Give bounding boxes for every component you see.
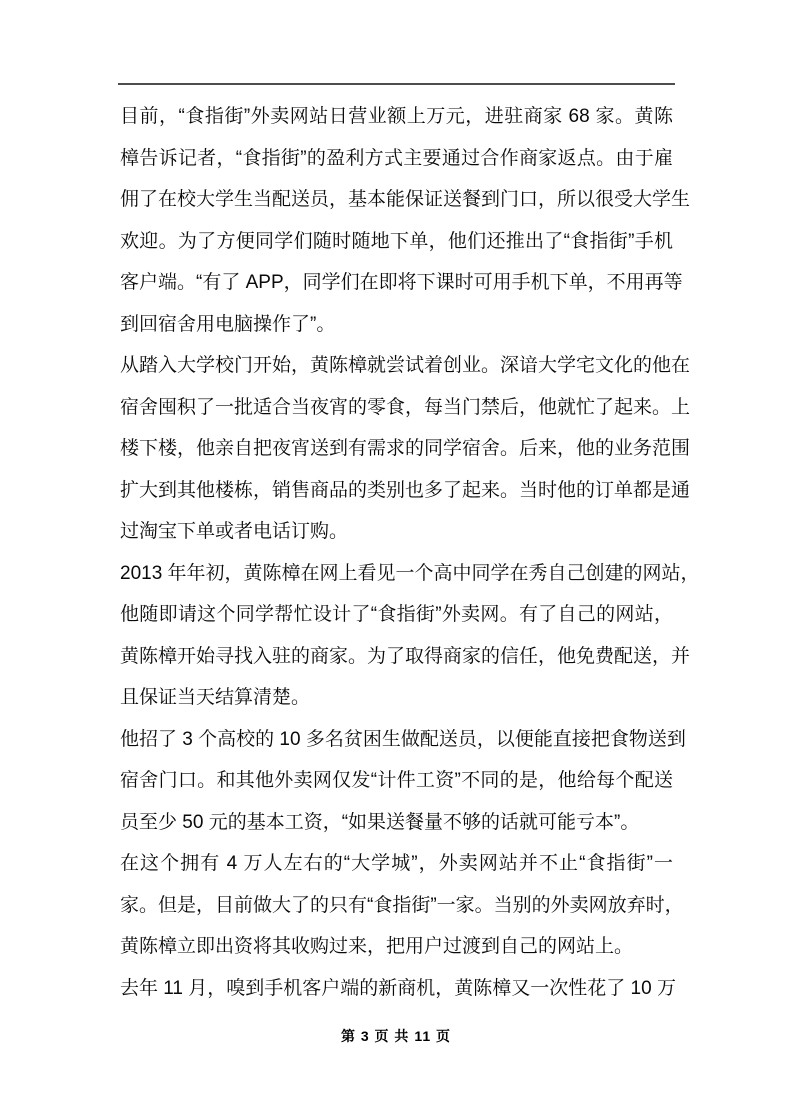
paragraph: 他招了 3 个高校的 10 多名贫困生做配送员，以便能直接把食物送到宿舍门口。和… <box>120 719 673 844</box>
text-line: 扩大到其他楼栋，销售商品的类别也多了起来。当时他的订单都是通 <box>120 470 673 512</box>
text-line: 宿舍门口。和其他外卖网仅发“计件工资”不同的是，他给每个配送 <box>120 760 673 802</box>
text-line: 他招了 3 个高校的 10 多名贫困生做配送员，以便能直接把食物送到 <box>120 719 673 761</box>
text-line: 宿舍囤积了一批适合当夜宵的零食，每当门禁后，他就忙了起来。上 <box>120 387 673 429</box>
paragraph: 2013 年年初，黄陈樟在网上看见一个高中同学在秀自己创建的网站，他随即请这个同… <box>120 553 673 719</box>
paragraph: 从踏入大学校门开始，黄陈樟就尝试着创业。深谙大学宅文化的他在宿舍囤积了一批适合当… <box>120 345 673 553</box>
text-line: 且保证当天结算清楚。 <box>120 677 673 719</box>
header-rule <box>118 83 675 85</box>
paragraph: 目前，“食指街”外卖网站日营业额上万元，进驻商家 68 家。黄陈樟告诉记者，“食… <box>120 96 673 345</box>
document-page: 目前，“食指街”外卖网站日营业额上万元，进驻商家 68 家。黄陈樟告诉记者，“食… <box>0 0 792 1120</box>
text-line: 他随即请这个同学帮忙设计了“食指街”外卖网。有了自己的网站， <box>120 594 673 636</box>
text-line: 过淘宝下单或者电话订购。 <box>120 511 673 553</box>
document-body: 目前，“食指街”外卖网站日营业额上万元，进驻商家 68 家。黄陈樟告诉记者，“食… <box>120 96 673 1009</box>
text-line: 去年 11 月，嗅到手机客户端的新商机，黄陈樟又一次性花了 10 万 <box>120 968 673 1010</box>
text-line: 欢迎。为了方便同学们随时随地下单，他们还推出了“食指街”手机 <box>120 221 673 263</box>
paragraph: 去年 11 月，嗅到手机客户端的新商机，黄陈樟又一次性花了 10 万 <box>120 968 673 1010</box>
text-line: 在这个拥有 4 万人左右的“大学城”，外卖网站并不止“食指街”一 <box>120 843 673 885</box>
text-line: 目前，“食指街”外卖网站日营业额上万元，进驻商家 68 家。黄陈 <box>120 96 673 138</box>
text-line: 佣了在校大学生当配送员，基本能保证送餐到门口，所以很受大学生 <box>120 179 673 221</box>
text-line: 黄陈樟立即出资将其收购过来，把用户过渡到自己的网站上。 <box>120 926 673 968</box>
text-line: 从踏入大学校门开始，黄陈樟就尝试着创业。深谙大学宅文化的他在 <box>120 345 673 387</box>
page-footer: 第 3 页 共 11 页 <box>0 1026 792 1046</box>
text-line: 到回宿舍用电脑操作了”。 <box>120 304 673 346</box>
text-line: 家。但是，目前做大了的只有“食指街”一家。当别的外卖网放弃时， <box>120 885 673 927</box>
text-line: 客户端。“有了 APP，同学们在即将下课时可用手机下单，不用再等 <box>120 262 673 304</box>
text-line: 黄陈樟开始寻找入驻的商家。为了取得商家的信任，他免费配送，并 <box>120 636 673 678</box>
text-line: 楼下楼，他亲自把夜宵送到有需求的同学宿舍。后来，他的业务范围 <box>120 428 673 470</box>
paragraph: 在这个拥有 4 万人左右的“大学城”，外卖网站并不止“食指街”一家。但是，目前做… <box>120 843 673 968</box>
text-line: 樟告诉记者，“食指街”的盈利方式主要通过合作商家返点。由于雇 <box>120 138 673 180</box>
text-line: 2013 年年初，黄陈樟在网上看见一个高中同学在秀自己创建的网站， <box>120 553 673 595</box>
text-line: 员至少 50 元的基本工资，“如果送餐量不够的话就可能亏本”。 <box>120 802 673 844</box>
page-number-label: 第 3 页 共 11 页 <box>341 1028 451 1044</box>
